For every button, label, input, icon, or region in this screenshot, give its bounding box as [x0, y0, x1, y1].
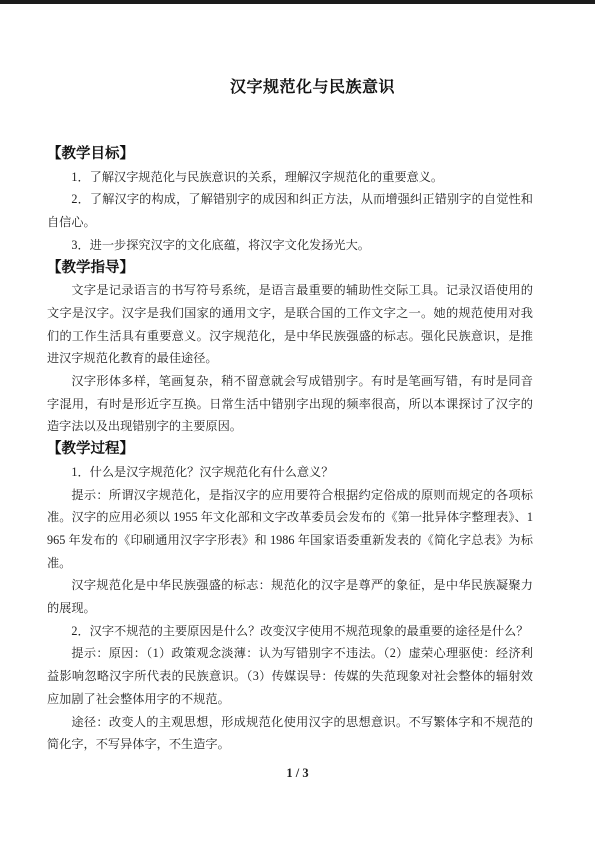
page-number: 1 / 3 [0, 766, 595, 781]
section-heading-teaching-guidance: 【教学指导】 [47, 257, 533, 280]
process-hint-1: 提示：所谓汉字规范化，是指汉字的应用要符合根据约定俗成的原则而规定的各项标准。汉… [47, 484, 533, 575]
top-border-bar [0, 0, 595, 4]
objectives-item-3: 3．进一步探究汉字的文化底蕴，将汉字文化发扬光大。 [47, 234, 533, 257]
document-body: 【教学目标】 1．了解汉字规范化与民族意识的关系，理解汉字规范化的重要意义。 2… [0, 143, 595, 756]
document-page: 汉字规范化与民族意识 【教学目标】 1．了解汉字规范化与民族意识的关系，理解汉字… [0, 0, 595, 841]
section-heading-teaching-process: 【教学过程】 [47, 438, 533, 461]
process-hint-1-continued: 汉字规范化是中华民族强盛的标志：规范化的汉字是尊严的象征，是中华民族凝聚力的展现… [47, 574, 533, 619]
process-hint-2-reasons: 提示：原因：（1）政策观念淡薄：认为写错别字不违法。（2）虚荣心理驱使：经济利益… [47, 642, 533, 710]
process-question-2: 2．汉字不规范的主要原因是什么？改变汉字使用不规范现象的最重要的途径是什么？ [47, 620, 533, 643]
process-hint-2-approach: 途径：改变人的主观思想，形成规范化使用汉字的思想意识。不写繁体字和不规范的简化字… [47, 711, 533, 756]
guidance-paragraph-2: 汉字形体多样，笔画复杂，稍不留意就会写成错别字。有时是笔画写错，有时是同音字混用… [47, 370, 533, 438]
section-heading-teaching-objectives: 【教学目标】 [47, 143, 533, 166]
process-question-1: 1．什么是汉字规范化？汉字规范化有什么意义？ [47, 461, 533, 484]
objectives-item-1: 1．了解汉字规范化与民族意识的关系，理解汉字规范化的重要意义。 [47, 166, 533, 189]
guidance-paragraph-1: 文字是记录语言的书写符号系统，是语言最重要的辅助性交际工具。记录汉语使用的文字是… [47, 279, 533, 370]
document-title: 汉字规范化与民族意识 [0, 79, 595, 96]
objectives-item-2: 2．了解汉字的构成，了解错别字的成因和纠正方法，从而增强纠正错别字的自觉性和自信… [47, 188, 533, 233]
